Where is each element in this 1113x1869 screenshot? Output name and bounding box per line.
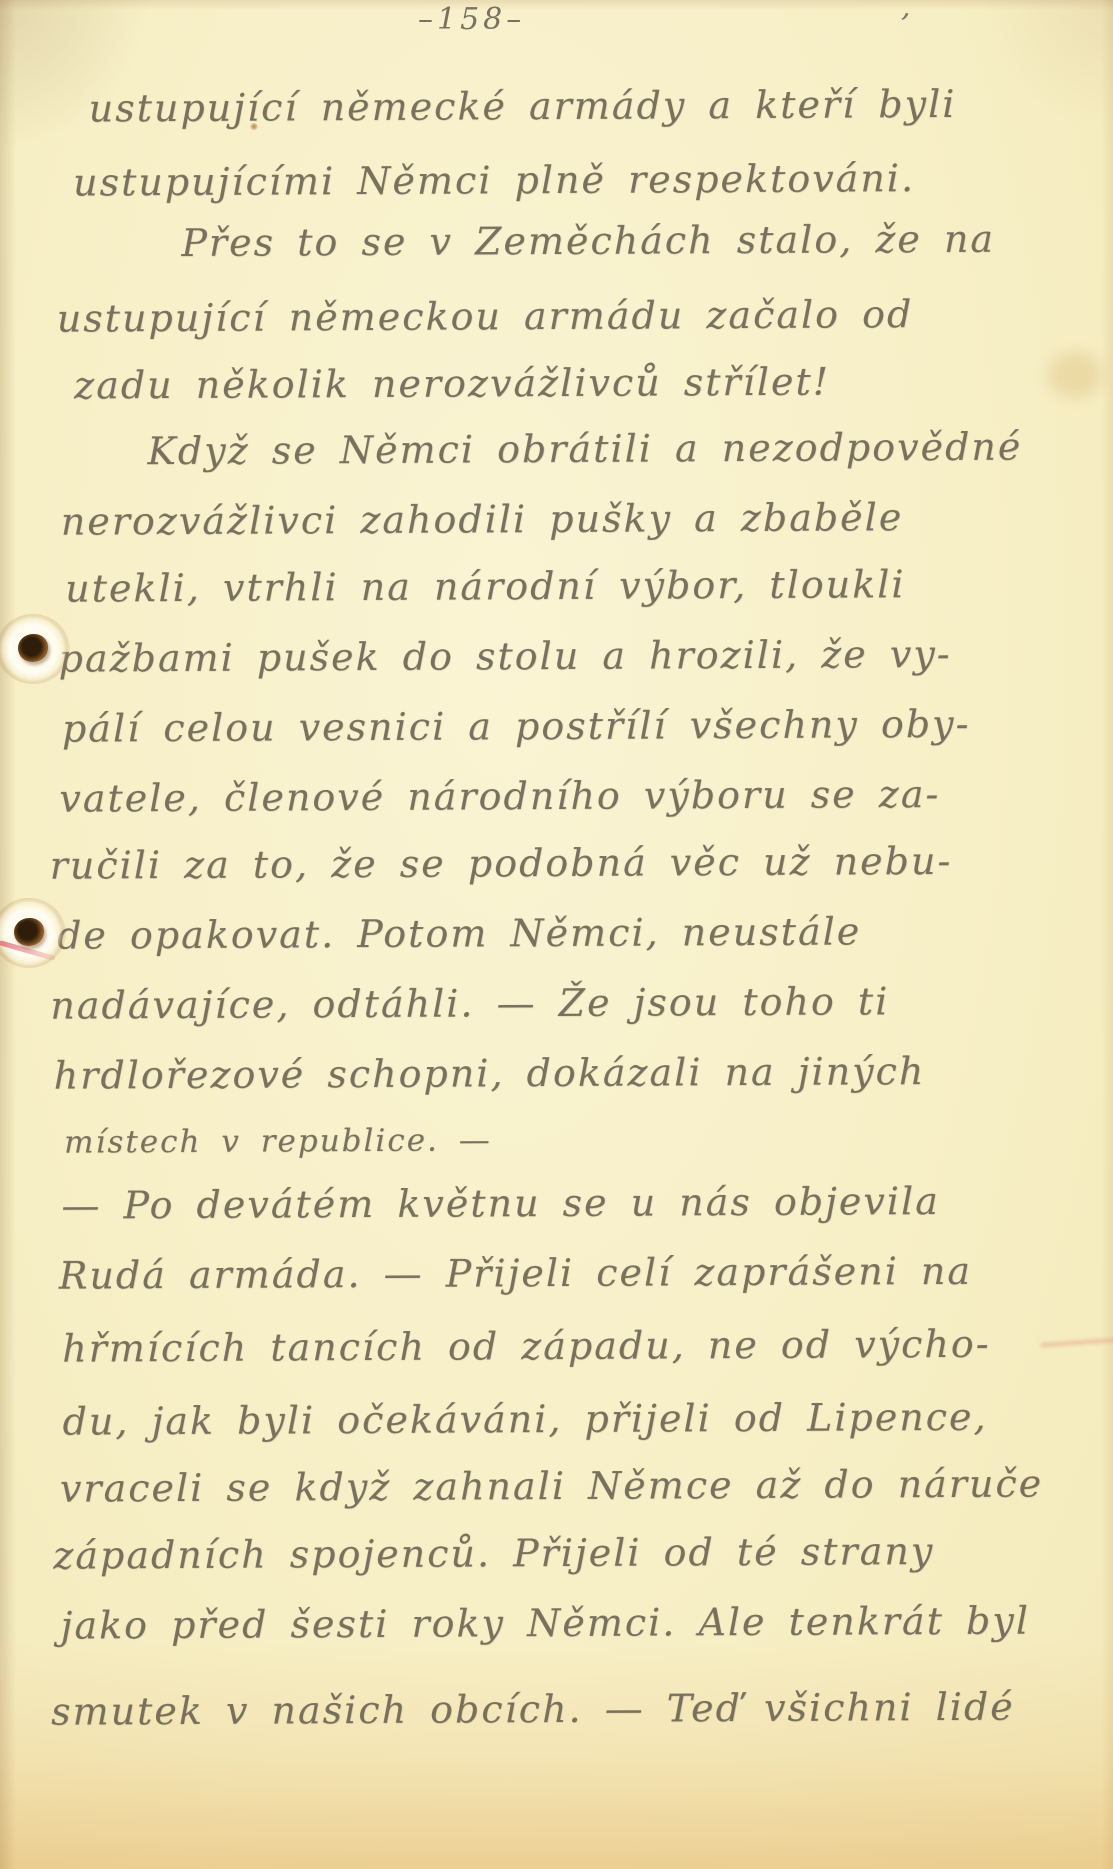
handwritten-line: utekli, vtrhli na národní výbor, tloukli xyxy=(65,562,906,610)
handwritten-line: — Po devátém květnu se u nás objevila xyxy=(61,1179,940,1228)
handwritten-line: ustupující německé armády a kteří byli xyxy=(89,82,957,131)
handwritten-line: západních spojenců. Přijeli od té strany xyxy=(53,1529,934,1578)
handwritten-line: místech v republice. — xyxy=(64,1122,492,1160)
handwritten-line: smutek v našich obcích. — Teď všichni li… xyxy=(51,1685,1015,1734)
handwritten-line: hrdlořezové schopni, dokázali na jiných xyxy=(54,1049,926,1098)
handwritten-line: nadávajíce, odtáhli. — Že jsou toho ti xyxy=(50,979,889,1027)
handwritten-line: pažbami pušek do stolu a hrozili, že vy- xyxy=(58,632,951,681)
manuscript-page: –158– ʼ ustupující německé armády a kteř… xyxy=(0,0,1113,1869)
handwritten-line: jako před šesti roky Němci. Ale tenkrát … xyxy=(60,1599,1030,1648)
handwritten-line: ustupujícími Němci plně respektováni. xyxy=(73,156,915,204)
handwritten-line: hřmících tancích od západu, ne od výcho- xyxy=(62,1322,991,1371)
handwritten-line: zadu několik nerozvážlivců střílet! xyxy=(74,360,830,408)
handwritten-line: ručili za to, že se podobná věc už nebu- xyxy=(50,839,953,888)
handwritten-line: nerozvážlivci zahodili pušky a zbaběle xyxy=(61,495,904,543)
handwritten-line: du, jak byli očekáváni, přijeli od Lipen… xyxy=(62,1395,987,1444)
handwritten-text: ustupující německé armády a kteří byli u… xyxy=(0,0,1113,1869)
handwritten-line: vatele, členové národního výboru se za- xyxy=(59,772,940,821)
handwritten-line: Rudá armáda. — Přijeli celí zaprášeni na xyxy=(59,1249,972,1298)
punch-hole-core xyxy=(14,918,44,946)
stain-dot xyxy=(250,123,258,130)
handwritten-line: ustupující německou armádu začalo od xyxy=(57,292,914,340)
punch-hole-core xyxy=(18,634,48,662)
handwritten-line: Když se Němci obrátili a nezodpovědné xyxy=(147,425,1022,474)
handwritten-line: de opakovat. Potom Němci, neustále xyxy=(57,909,861,957)
handwritten-line: pálí celou vesnici a postřílí všechny ob… xyxy=(62,702,971,751)
handwritten-line: Přes to se v Zeměchách stalo, že na xyxy=(181,217,995,265)
handwritten-line: vraceli se když zahnali Němce až do náru… xyxy=(60,1461,1044,1510)
stain-blotch xyxy=(1048,352,1102,398)
